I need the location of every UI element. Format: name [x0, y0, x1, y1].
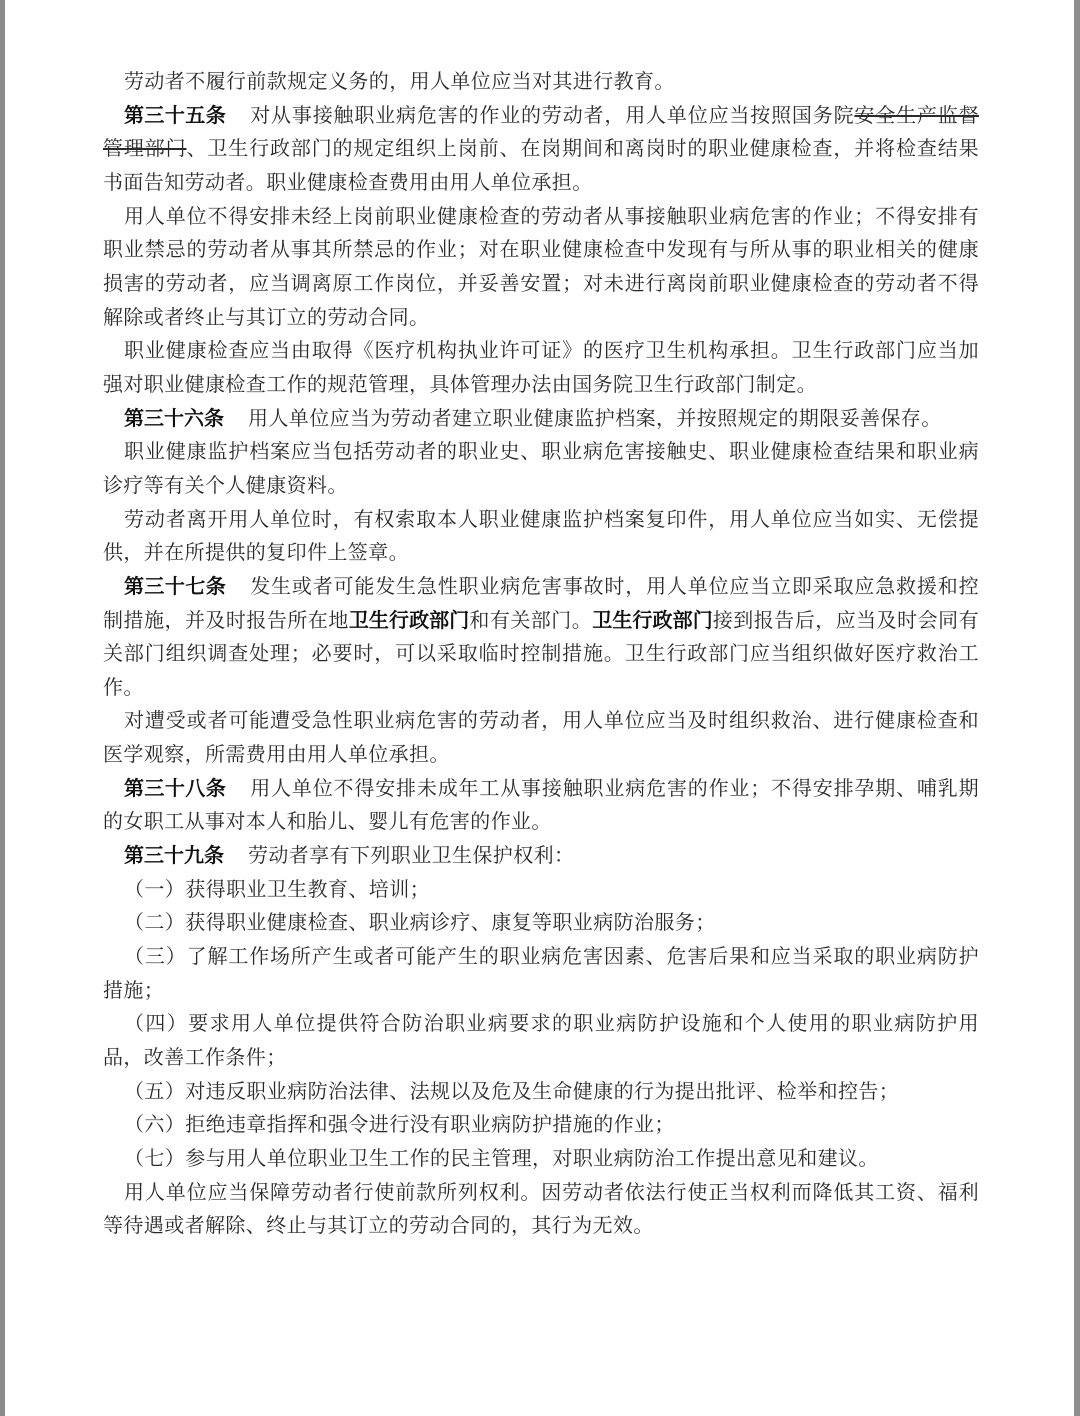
- paragraph: 劳动者离开用人单位时，有权索取本人职业健康监护档案复印件，用人单位应当如实、无偿…: [103, 503, 979, 570]
- article-number: 第三十八条: [124, 776, 226, 800]
- article-39: 第三十九条劳动者享有下列职业卫生保护权利：: [103, 839, 979, 873]
- paragraph-text: 用人单位不得安排未经上岗前职业健康检查的劳动者从事接触职业病危害的作业；不得安排…: [103, 204, 979, 329]
- article-36: 第三十六条用人单位应当为劳动者建立职业健康监护档案，并按照规定的期限妥善保存。: [103, 402, 979, 436]
- article-number: 第三十九条: [124, 843, 224, 867]
- closing-paragraph: 用人单位应当保障劳动者行使前款所列权利。因劳动者依法行使正当权利而降低其工资、福…: [103, 1176, 979, 1243]
- article-text: 对从事接触职业病危害的作业的劳动者，用人单位应当按照国务院: [250, 103, 854, 127]
- article-number: 第三十七条: [124, 574, 226, 598]
- paragraph-text: 职业健康监护档案应当包括劳动者的职业史、职业病危害接触史、职业健康检查结果和职业…: [103, 439, 979, 497]
- article-text: 和有关部门。: [469, 608, 592, 632]
- paragraph-text: 用人单位应当保障劳动者行使前款所列权利。因劳动者依法行使正当权利而降低其工资、福…: [103, 1180, 979, 1238]
- article-38: 第三十八条用人单位不得安排未成年工从事接触职业病危害的作业；不得安排孕期、哺乳期…: [103, 772, 979, 839]
- article-text: 用人单位不得安排未成年工从事接触职业病危害的作业；不得安排孕期、哺乳期的女职工从…: [103, 776, 979, 834]
- paragraph-text: 对遭受或者可能遭受急性职业病危害的劳动者，用人单位应当及时组织救治、进行健康检查…: [103, 708, 979, 766]
- rights-list-item: （三）了解工作场所产生或者可能产生的职业病危害因素、危害后果和应当采取的职业病防…: [103, 940, 979, 1007]
- bold-text: 卫生行政部门: [349, 608, 470, 632]
- paragraph-text: 职业健康检查应当由取得《医疗机构执业许可证》的医疗卫生机构承担。卫生行政部门应当…: [103, 338, 979, 396]
- article-37: 第三十七条发生或者可能发生急性职业病危害事故时，用人单位应当立即采取应急救援和控…: [103, 570, 979, 705]
- page-edge-right: [1074, 0, 1080, 1416]
- article-text: 、卫生行政部门的规定组织上岗前、在岗期间和离岗时的职业健康检查，并将检查结果书面…: [103, 136, 979, 194]
- paragraph: 用人单位不得安排未经上岗前职业健康检查的劳动者从事接触职业病危害的作业；不得安排…: [103, 200, 979, 335]
- rights-list-item: （四）要求用人单位提供符合防治职业病要求的职业病防护设施和个人使用的职业病防护用…: [103, 1007, 979, 1074]
- paragraph-text: 劳动者离开用人单位时，有权索取本人职业健康监护档案复印件，用人单位应当如实、无偿…: [103, 507, 979, 565]
- paragraph-text: 劳动者不履行前款规定义务的，用人单位应当对其进行教育。: [124, 69, 675, 93]
- rights-list-item: （六）拒绝违章指挥和强令进行没有职业病防护措施的作业；: [103, 1108, 979, 1142]
- rights-list-item: （二）获得职业健康检查、职业病诊疗、康复等职业病防治服务；: [103, 906, 979, 940]
- rights-list-item: （五）对违反职业病防治法律、法规以及危及生命健康的行为提出批评、检举和控告；: [103, 1075, 979, 1109]
- paragraph: 职业健康监护档案应当包括劳动者的职业史、职业病危害接触史、职业健康检查结果和职业…: [103, 435, 979, 502]
- article-text: 用人单位应当为劳动者建立职业健康监护档案，并按照规定的期限妥善保存。: [248, 406, 942, 430]
- rights-list-item: （一）获得职业卫生教育、培训；: [103, 873, 979, 907]
- paragraph: 职业健康检查应当由取得《医疗机构执业许可证》的医疗卫生机构承担。卫生行政部门应当…: [103, 334, 979, 401]
- page-edge-left: [0, 0, 5, 1416]
- paragraph: 劳动者不履行前款规定义务的，用人单位应当对其进行教育。: [103, 65, 979, 99]
- article-number: 第三十五条: [124, 103, 226, 127]
- bold-text: 卫生行政部门: [592, 608, 713, 632]
- paragraph: 对遭受或者可能遭受急性职业病危害的劳动者，用人单位应当及时组织救治、进行健康检查…: [103, 704, 979, 771]
- article-35: 第三十五条对从事接触职业病危害的作业的劳动者，用人单位应当按照国务院安全生产监督…: [103, 99, 979, 200]
- article-text: 劳动者享有下列职业卫生保护权利：: [248, 843, 574, 867]
- rights-list-item: （七）参与用人单位职业卫生工作的民主管理，对职业病防治工作提出意见和建议。: [103, 1142, 979, 1176]
- article-number: 第三十六条: [124, 406, 224, 430]
- document-body: 劳动者不履行前款规定义务的，用人单位应当对其进行教育。 第三十五条对从事接触职业…: [103, 65, 979, 1243]
- document-page: 劳动者不履行前款规定义务的，用人单位应当对其进行教育。 第三十五条对从事接触职业…: [0, 0, 1080, 1416]
